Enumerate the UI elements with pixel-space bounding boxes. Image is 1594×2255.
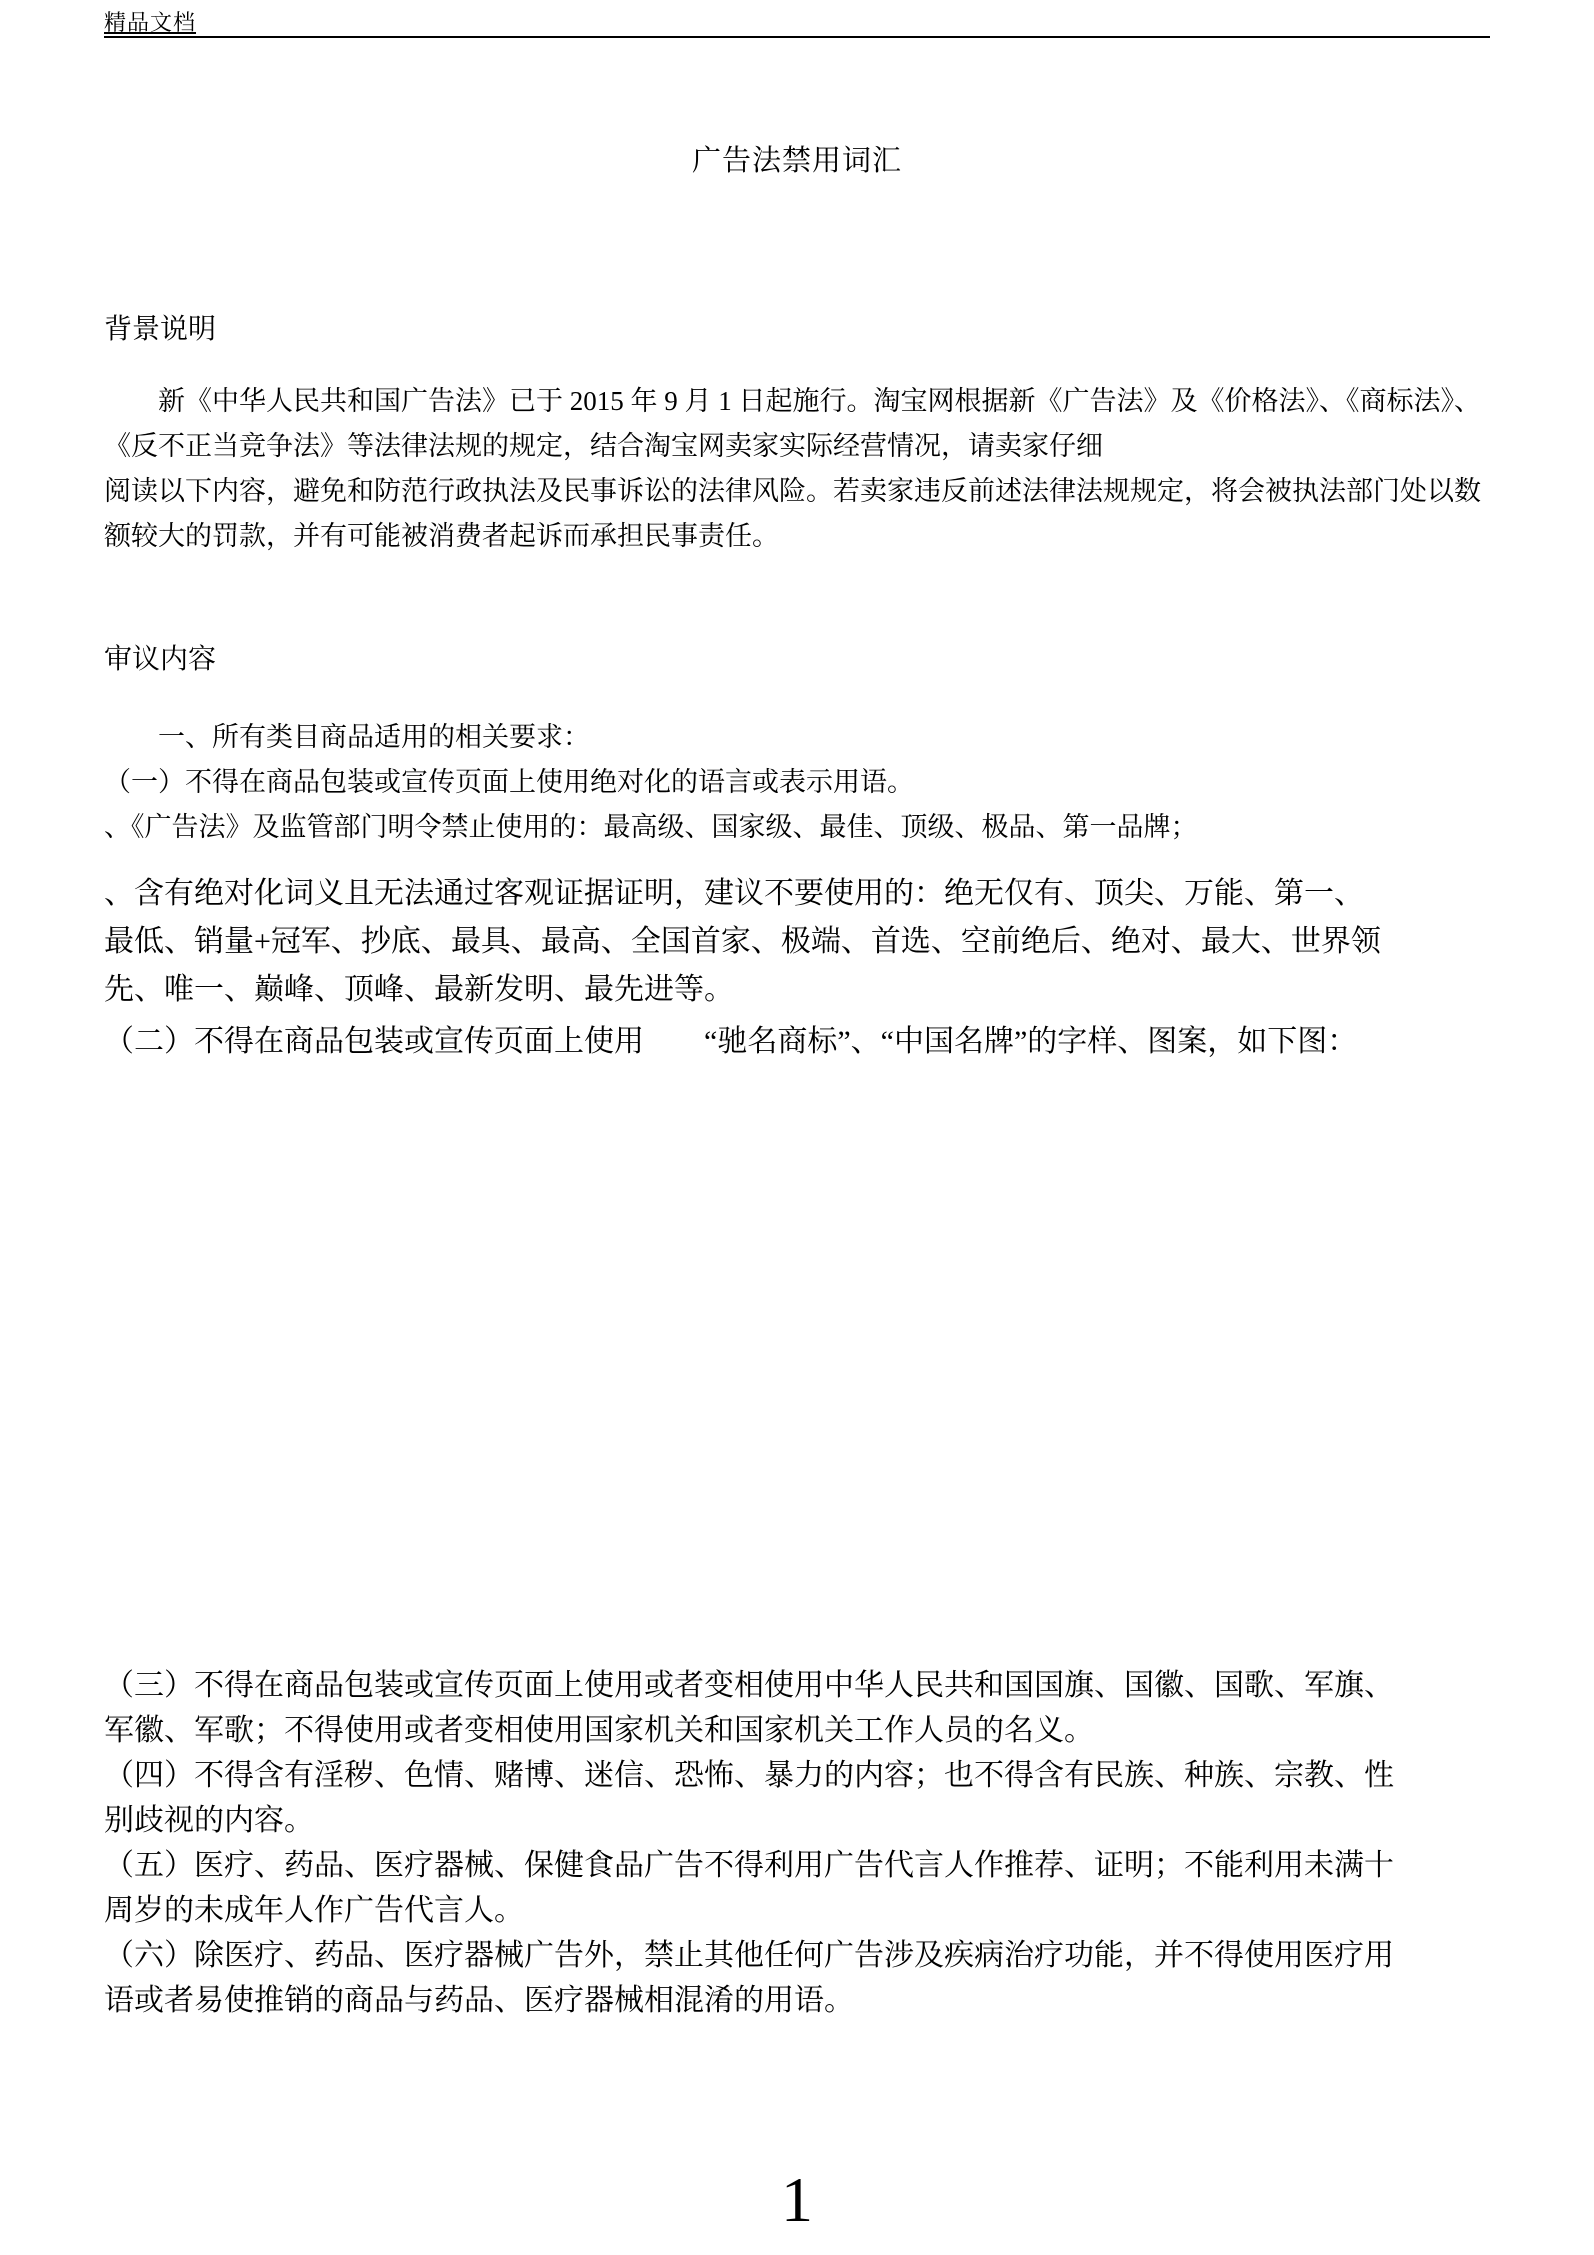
omitted-image-area <box>104 1065 1490 1631</box>
review-item-2: （二）不得在商品包装或宣传页面上使用 “驰名商标”、“中国名牌”的字样、图案，如… <box>104 1018 1490 1065</box>
header-watermark: 精品文档 <box>104 10 196 35</box>
background-paragraph-line: 新《中华人民共和国广告法》已于 2015 年 9 月 1 日起施行。淘宝网根据新… <box>104 379 1490 424</box>
background-paragraph-line: 《反不正当竞争法》等法律法规的规定，结合淘宝网卖家实际经营情况，请卖家仔细 <box>104 424 1490 469</box>
prohibited-words-line: 、含有绝对化词义且无法通过客观证据证明，建议不要使用的：绝无仅有、顶尖、万能、第… <box>104 870 1490 918</box>
review-item-line: 别歧视的内容。 <box>104 1798 1490 1843</box>
document-page: 精品文档 广告法禁用词汇 背景说明 新《中华人民共和国广告法》已于 2015 年… <box>0 0 1594 2255</box>
review-intro-line: （一）不得在商品包装或宣传页面上使用绝对化的语言或表示用语。 <box>104 760 1490 805</box>
review-item-2-line: （二）不得在商品包装或宣传页面上使用 “驰名商标”、“中国名牌”的字样、图案，如… <box>104 1018 1490 1065</box>
review-item-line: 军徽、军歌；不得使用或者变相使用国家机关和国家机关工作人员的名义。 <box>104 1708 1490 1753</box>
background-section-heading: 背景说明 <box>104 307 1490 347</box>
document-title: 广告法禁用词汇 <box>104 138 1490 179</box>
review-intro-line: 、《广告法》及监管部门明令禁止使用的：最高级、国家级、最佳、顶级、极品、第一品牌… <box>104 805 1490 850</box>
review-item-line: （三）不得在商品包装或宣传页面上使用或者变相使用中华人民共和国国旗、国徽、国歌、… <box>104 1663 1490 1708</box>
prohibited-words-block: 、含有绝对化词义且无法通过客观证据证明，建议不要使用的：绝无仅有、顶尖、万能、第… <box>104 870 1490 1014</box>
review-items: （三）不得在商品包装或宣传页面上使用或者变相使用中华人民共和国国旗、国徽、国歌、… <box>104 1663 1490 2023</box>
background-paragraph: 新《中华人民共和国广告法》已于 2015 年 9 月 1 日起施行。淘宝网根据新… <box>104 379 1490 559</box>
background-paragraph-line: 阅读以下内容，避免和防范行政执法及民事诉讼的法律风险。若卖家违反前述法律法规规定… <box>104 469 1490 514</box>
review-section-heading: 审议内容 <box>104 637 1490 677</box>
review-item-line: （六）除医疗、药品、医疗器械广告外，禁止其他任何广告涉及疾病治疗功能，并不得使用… <box>104 1933 1490 1978</box>
review-item-line: （四）不得含有淫秽、色情、赌博、迷信、恐怖、暴力的内容；也不得含有民族、种族、宗… <box>104 1753 1490 1798</box>
prohibited-words-line: 最低、销量+冠军、抄底、最具、最高、全国首家、极端、首选、空前绝后、绝对、最大、… <box>104 918 1490 966</box>
review-intro-line: 一、所有类目商品适用的相关要求： <box>104 715 1490 760</box>
review-item-line: 语或者易使推销的商品与药品、医疗器械相混淆的用语。 <box>104 1978 1490 2023</box>
prohibited-words-line: 先、唯一、巅峰、顶峰、最新发明、最先进等。 <box>104 966 1490 1014</box>
review-item-line: 周岁的未成年人作广告代言人。 <box>104 1888 1490 1933</box>
background-paragraph-line: 额较大的罚款，并有可能被消费者起诉而承担民事责任。 <box>104 514 1490 559</box>
page-number: 1 <box>0 2163 1594 2237</box>
review-item-line: （五）医疗、药品、医疗器械、保健食品广告不得利用广告代言人作推荐、证明；不能利用… <box>104 1843 1490 1888</box>
page-header: 精品文档 <box>104 0 1490 38</box>
review-intro: 一、所有类目商品适用的相关要求： （一）不得在商品包装或宣传页面上使用绝对化的语… <box>104 715 1490 850</box>
